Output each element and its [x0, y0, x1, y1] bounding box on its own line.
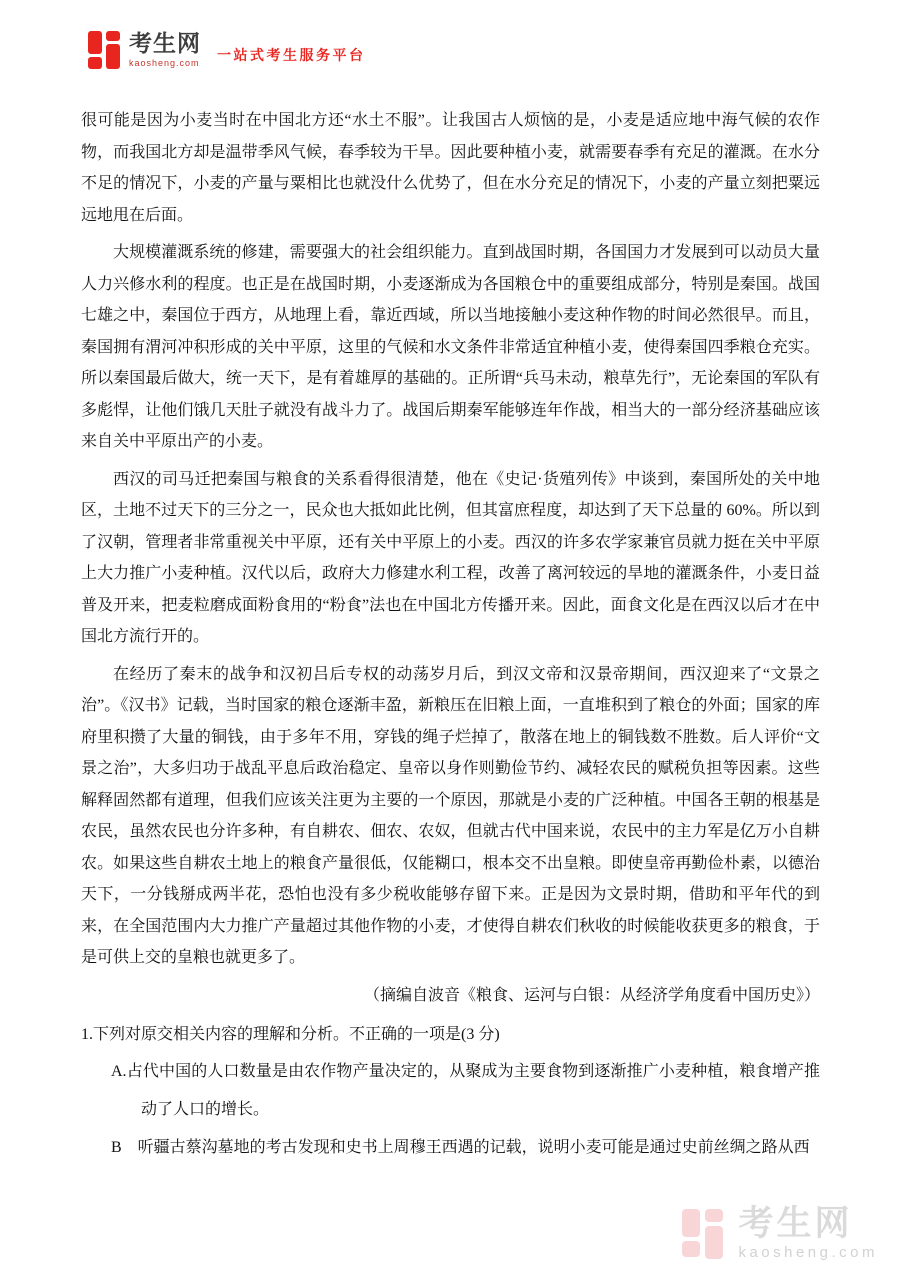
logo-block	[88, 57, 102, 69]
article-paragraph-1: 很可能是因为小麦当时在中国北方还“水土不服”。让我国古人烦恼的是，小麦是适应地中…	[81, 105, 820, 231]
question-stem: 1.下列对原交相关内容的理解和分析。不正确的一项是(3 分)	[81, 1016, 820, 1053]
option-b-text: 听疆古蔡沟墓地的考古发现和史书上周穆王西遇的记载，说明小麦可能是通过史前丝绸之路…	[138, 1139, 810, 1156]
kaosheng-watermark-icon	[682, 1207, 726, 1259]
document-page: 考生网 kaosheng.com 一站式考生服务平台 很可能是因为小麦当时在中国…	[0, 0, 900, 1273]
watermark-block	[705, 1226, 723, 1259]
option-a: A.占代中国的人口数量是由农作物产量决定的，从聚成为主要食物到逐渐推广小麦种植，…	[81, 1053, 820, 1129]
source-attribution: （摘编自波音《粮食、运河与白银：从经济学角度看中国历史》）	[81, 980, 820, 1012]
kaosheng-watermark: 考生网 kaosheng.com	[682, 1205, 878, 1261]
logo-domain: kaosheng.com	[129, 58, 201, 68]
watermark-block	[705, 1209, 723, 1222]
option-b-label: B	[111, 1139, 122, 1156]
kaosheng-logo-icon	[88, 30, 122, 70]
logo-tagline: 一站式考生服务平台	[217, 45, 366, 70]
watermark-block	[682, 1241, 700, 1257]
logo-name: 考生网	[129, 30, 201, 56]
watermark-block	[682, 1209, 700, 1237]
logo-block	[88, 31, 102, 54]
watermark-text-column: 考生网 kaosheng.com	[738, 1205, 878, 1261]
logo-block	[106, 31, 120, 41]
article-body: 很可能是因为小麦当时在中国北方还“水土不服”。让我国古人烦恼的是，小麦是适应地中…	[81, 105, 820, 1167]
option-a-text: 占代中国的人口数量是由农作物产量决定的，从聚成为主要食物到逐渐推广小麦种植，粮食…	[127, 1063, 820, 1118]
logo-block	[106, 44, 120, 69]
watermark-name: 考生网	[738, 1205, 878, 1242]
site-header: 考生网 kaosheng.com 一站式考生服务平台	[88, 30, 366, 70]
article-paragraph-2: 大规模灌溉系统的修建，需要强大的社会组织能力。直到战国时期，各国国力才发展到可以…	[81, 237, 820, 458]
logo-text-column: 考生网 kaosheng.com	[129, 30, 201, 68]
article-paragraph-4: 在经历了秦末的战争和汉初吕后专权的动荡岁月后，到汉文帝和汉景帝期间，西汉迎来了“…	[81, 659, 820, 974]
kaosheng-logo: 考生网 kaosheng.com	[88, 30, 201, 70]
option-a-label: A.	[111, 1063, 127, 1080]
watermark-domain: kaosheng.com	[738, 1244, 878, 1261]
article-paragraph-3: 西汉的司马迁把秦国与粮食的关系看得很清楚，他在《史记·货殖列传》中谈到，秦国所处…	[81, 464, 820, 653]
option-b: B听疆古蔡沟墓地的考古发现和史书上周穆王西遇的记载，说明小麦可能是通过史前丝绸之…	[81, 1129, 820, 1167]
